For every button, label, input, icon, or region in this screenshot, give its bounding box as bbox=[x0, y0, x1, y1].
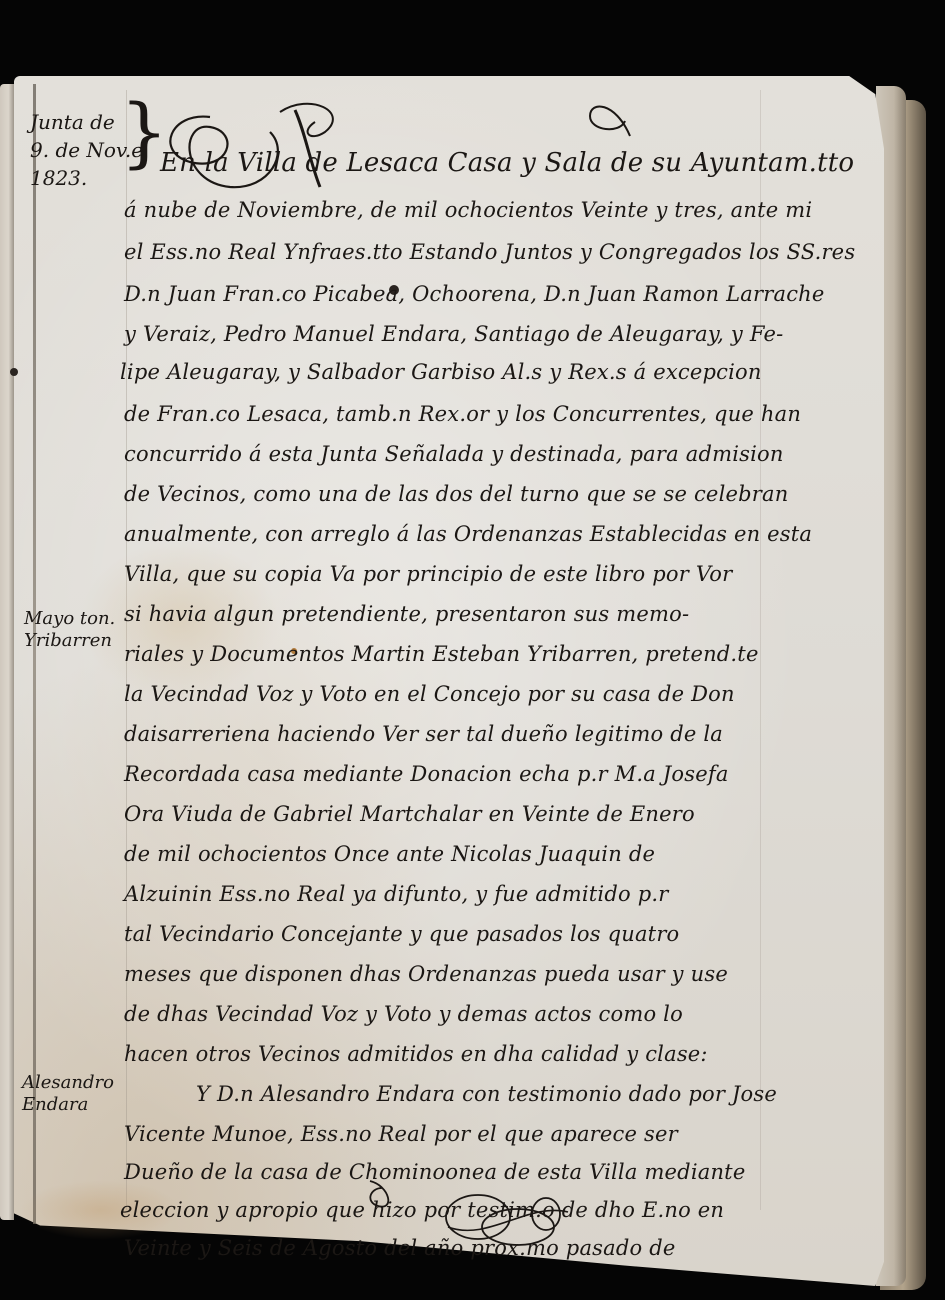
text-line: de mil ochocientos Once ante Nicolas Jua… bbox=[124, 842, 655, 866]
text-line: Ora Viuda de Gabriel Martchalar en Veint… bbox=[124, 802, 695, 826]
text-line: concurrido á esta Junta Señalada y desti… bbox=[124, 442, 784, 466]
margin-note-line: Mayo ton. bbox=[24, 608, 115, 630]
previous-page-edge bbox=[0, 84, 14, 1220]
text-line: Recordada casa mediante Donacion echa p.… bbox=[124, 762, 729, 786]
text-line: eleccion y apropio que hizo por testim.o… bbox=[120, 1198, 724, 1222]
text-line: y Veraiz, Pedro Manuel Endara, Santiago … bbox=[124, 322, 783, 346]
text-line: tal Vecindario Concejante y que pasados … bbox=[124, 922, 679, 946]
ink-spot bbox=[10, 368, 18, 376]
text-line: Villa, que su copia Va por principio de … bbox=[124, 562, 732, 586]
text-line: de Fran.co Lesaca, tamb.n Rex.or y los C… bbox=[124, 402, 801, 426]
text-line: lipe Aleugaray, y Salbador Garbiso Al.s … bbox=[120, 360, 762, 384]
text-line: Dueño de la casa de Chominoonea de esta … bbox=[124, 1160, 745, 1184]
text-line: si havia algun pretendiente, presentaron… bbox=[124, 602, 689, 626]
text-line: Y D.n Alesandro Endara con testimonio da… bbox=[196, 1082, 777, 1106]
loop-flourish-icon bbox=[360, 1176, 400, 1216]
text-line: hacen otros Vecinos admitidos en dha cal… bbox=[124, 1042, 708, 1066]
text-line: Alzuinin Ess.no Real ya difunto, y fue a… bbox=[124, 882, 668, 906]
superscript-loop-icon bbox=[585, 96, 645, 146]
text-line: Vicente Munoe, Ess.no Real por el que ap… bbox=[124, 1122, 678, 1146]
text-line: Veinte y Seis de Agosto del año prox.mo … bbox=[124, 1236, 676, 1260]
text-line: daisarreriena haciendo Ver ser tal dueño… bbox=[124, 722, 723, 746]
end-flourish-icon bbox=[438, 1182, 578, 1252]
text-line: de Vecinos, como una de las dos del turn… bbox=[124, 482, 788, 506]
margin-note-endara: Alesandro Endara bbox=[22, 1072, 114, 1116]
margin-note-yribarren: Mayo ton. Yribarren bbox=[24, 608, 115, 652]
margin-note-line: Yribarren bbox=[24, 630, 115, 652]
text-line: meses que disponen dhas Ordenanzas pueda… bbox=[124, 962, 728, 986]
text-line: riales y Documentos Martin Esteban Yriba… bbox=[124, 642, 759, 666]
margin-note-line: Alesandro bbox=[22, 1072, 114, 1094]
margin-note-line: Endara bbox=[22, 1094, 114, 1116]
text-line: la Vecindad Voz y Voto en el Concejo por… bbox=[124, 682, 735, 706]
text-line: D.n Juan Fran.co Picabea, Ochoorena, D.n… bbox=[124, 282, 825, 306]
initial-flourish-icon bbox=[150, 92, 370, 202]
text-line: el Ess.no Real Ynfraes.tto Estando Junto… bbox=[124, 240, 855, 264]
binding-gutter bbox=[33, 84, 36, 1224]
text-line: anualmente, con arreglo á las Ordenanzas… bbox=[124, 522, 812, 546]
text-line: de dhas Vecindad Voz y Voto y demas acto… bbox=[124, 1002, 683, 1026]
